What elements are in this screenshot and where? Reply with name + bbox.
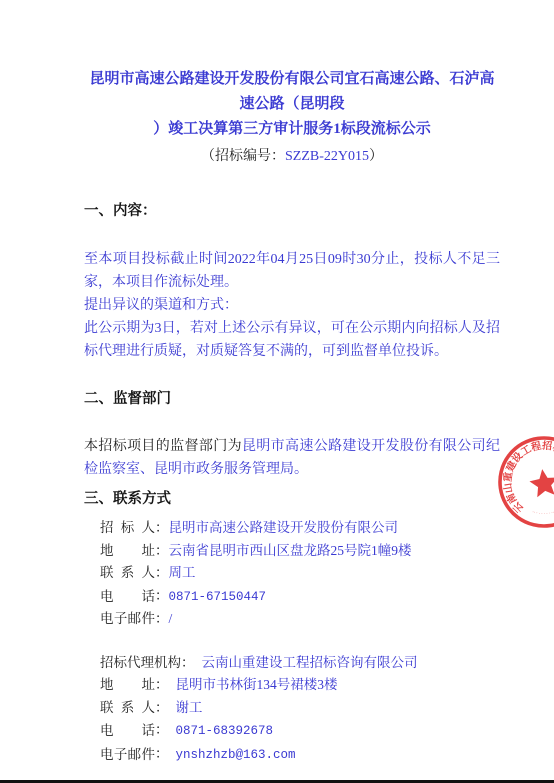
field-label: 电话 xyxy=(100,720,155,743)
tenderer-row-contact-person: 联系人：周工 xyxy=(100,562,500,585)
field-value: ynshzhzb@163.com xyxy=(169,748,296,762)
title-line-2: ）竣工决算第三方审计服务1标段流标公示 xyxy=(84,117,500,142)
label-colon: ： xyxy=(155,746,169,761)
field-value: 0871-67150447 xyxy=(169,590,267,604)
tender-number: （招标编号：SZZB-22Y015） xyxy=(84,146,500,168)
tenderer-contact-block: 招标人：昆明市高速公路建设开发股份有限公司 地址：云南省昆明市西山区盘龙路25号… xyxy=(84,517,500,631)
section1-paragraph-3: 此公示期为3日，若对上述公示有异议，可在公示期内向招标人及招标代理进行质疑，对质… xyxy=(84,317,500,363)
agency-row-name: 招标代理机构：云南山重建设工程招标咨询有限公司 xyxy=(100,652,500,675)
field-value: 昆明市高速公路建设开发股份有限公司 xyxy=(169,520,399,535)
field-value: 云南山重建设工程招标咨询有限公司 xyxy=(195,655,418,670)
section2-paragraph: 本招标项目的监督部门为昆明市高速公路建设开发股份有限公司纪检监察室、昆明市政务服… xyxy=(84,435,500,481)
document-page: 昆明市高速公路建设开发股份有限公司宜石高速公路、石泸高速公路（昆明段 ）竣工决算… xyxy=(0,0,554,783)
tender-number-prefix: （招标编号： xyxy=(201,149,285,164)
tender-number-suffix: ） xyxy=(369,149,383,164)
section3-heading: 三、联系方式 xyxy=(84,490,500,508)
agency-contact-block: 招标代理机构：云南山重建设工程招标咨询有限公司 地址：昆明市书林街134号裙楼3… xyxy=(84,652,500,767)
field-label: 电子邮件 xyxy=(100,744,155,767)
section2-heading: 二、监督部门 xyxy=(84,390,500,408)
agency-row-phone: 电话：0871-68392678 xyxy=(100,719,500,743)
title-line-1: 昆明市高速公路建设开发股份有限公司宜石高速公路、石泸高速公路（昆明段 xyxy=(84,67,500,117)
tender-number-code: SZZB-22Y015 xyxy=(285,149,369,164)
label-colon: ： xyxy=(155,520,169,535)
field-label: 地址 xyxy=(100,540,155,563)
field-label: 电子邮件 xyxy=(100,608,155,631)
section1-paragraph-2: 提出异议的渠道和方式： xyxy=(84,294,500,317)
label-colon: ： xyxy=(155,565,169,580)
tenderer-row-email: 电子邮件：/ xyxy=(100,608,500,631)
field-label: 联系人 xyxy=(100,697,155,720)
field-label: 地址 xyxy=(100,674,155,697)
tenderer-row-name: 招标人：昆明市高速公路建设开发股份有限公司 xyxy=(100,517,500,540)
field-value: 昆明市书林街134号裙楼3楼 xyxy=(169,677,338,692)
label-colon: ： xyxy=(155,611,169,626)
section1-heading: 一、内容： xyxy=(84,202,500,220)
field-value: / xyxy=(169,611,173,626)
label-colon: ： xyxy=(155,722,169,737)
tenderer-row-phone: 电话：0871-67150447 xyxy=(100,585,500,609)
label-colon: ： xyxy=(155,677,169,692)
field-value: 谢工 xyxy=(169,700,203,715)
tenderer-row-address: 地址：云南省昆明市西山区盘龙路25号院1幢9楼 xyxy=(100,540,500,563)
field-label: 招标人 xyxy=(100,517,155,540)
agency-row-address: 地址：昆明市书林街134号裙楼3楼 xyxy=(100,674,500,697)
field-label: 联系人 xyxy=(100,562,155,585)
label-colon: ： xyxy=(155,543,169,558)
document-content: 昆明市高速公路建设开发股份有限公司宜石高速公路、石泸高速公路（昆明段 ）竣工决算… xyxy=(0,67,554,766)
supervision-prefix: 本招标项目的监督部门为 xyxy=(84,439,242,454)
label-colon: ： xyxy=(155,700,169,715)
field-value: 云南省昆明市西山区盘龙路25号院1幢9楼 xyxy=(169,543,412,558)
field-value: 周工 xyxy=(169,565,196,580)
label-colon: ： xyxy=(155,588,169,603)
page-title: 昆明市高速公路建设开发股份有限公司宜石高速公路、石泸高速公路（昆明段 ）竣工决算… xyxy=(84,67,500,142)
agency-row-email: 电子邮件：ynshzhzb@163.com xyxy=(100,743,500,767)
label-colon: ： xyxy=(181,655,195,670)
field-label: 招标代理机构 xyxy=(100,652,181,675)
section1-paragraph-1: 至本项目投标截止时间2022年04月25日09时30分止，投标人不足三家，本项目… xyxy=(84,248,500,294)
agency-row-contact-person: 联系人：谢工 xyxy=(100,697,500,720)
field-value: 0871-68392678 xyxy=(169,724,274,738)
field-label: 电话 xyxy=(100,586,155,609)
